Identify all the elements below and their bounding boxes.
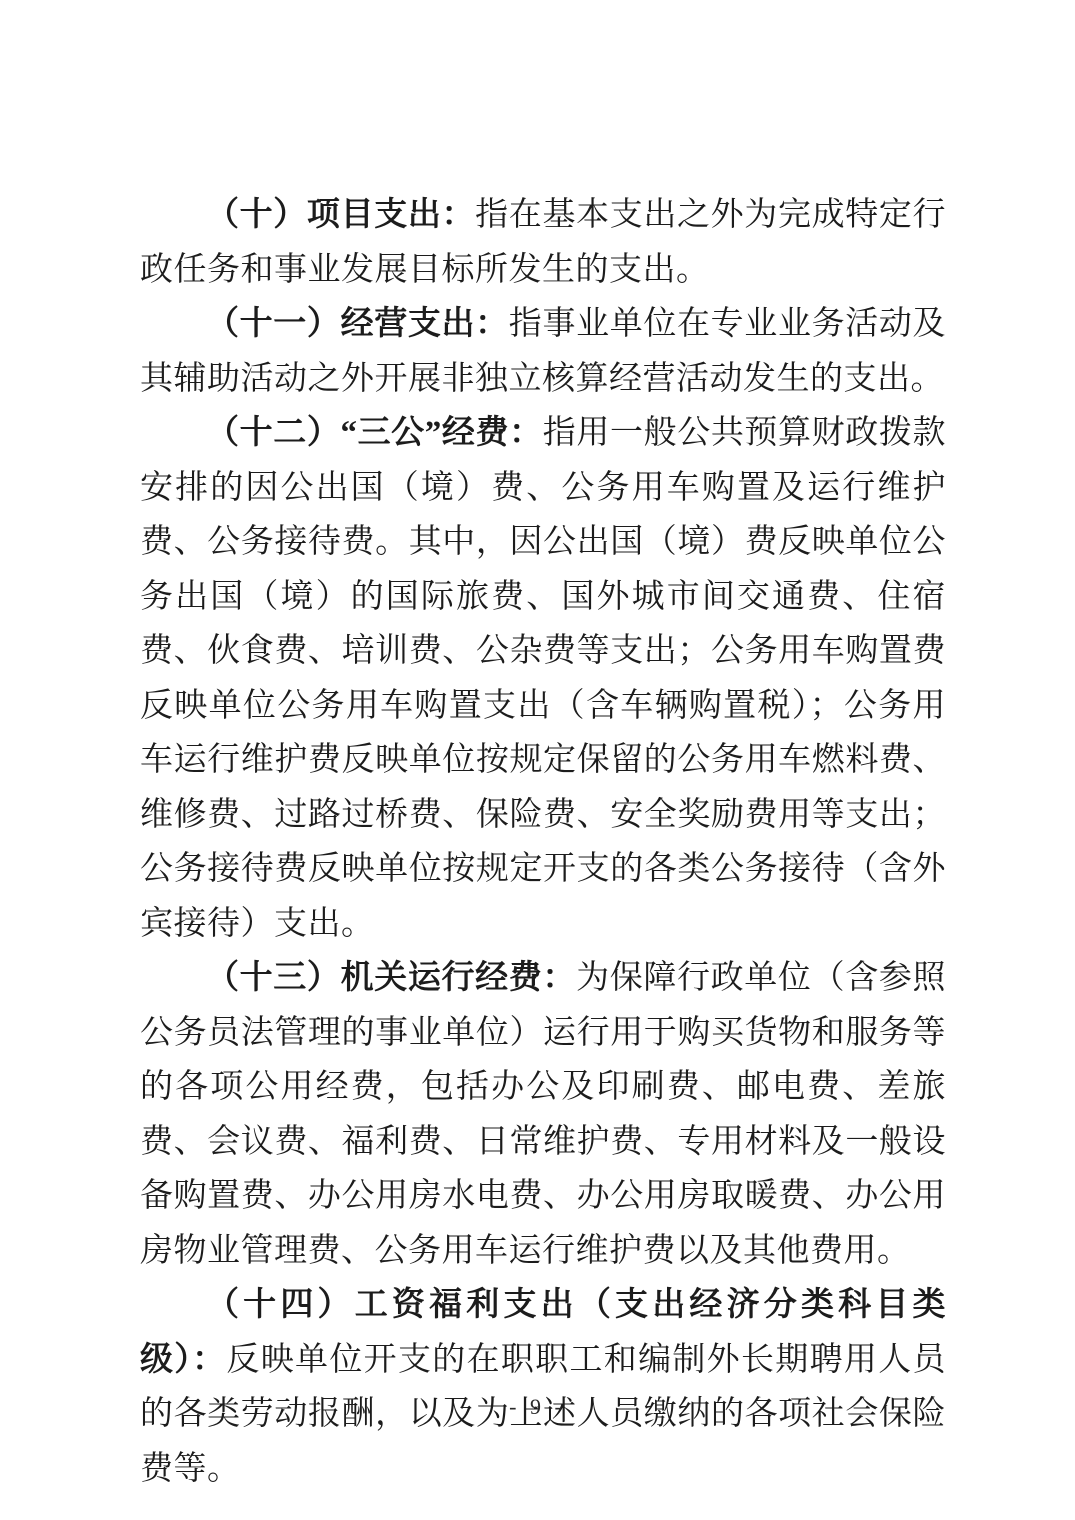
term-heading: （十三）机关运行经费： [206, 960, 576, 996]
page-number: - 9 - [0, 1394, 1075, 1420]
document-body: （十）项目支出：指在基本支出之外为完成特定行政任务和事业发展目标所发生的支出。 … [140, 188, 946, 1496]
term-heading: （十一）经营支出： [206, 306, 509, 342]
paragraph-item-11-operating-expenditure: （十一）经营支出：指事业单位在专业业务活动及其辅助活动之外开展非独立核算经营活动… [140, 297, 946, 406]
document-page: （十）项目支出：指在基本支出之外为完成特定行政任务和事业发展目标所发生的支出。 … [0, 0, 1075, 1520]
paragraph-item-13-agency-operating-funds: （十三）机关运行经费：为保障行政单位（含参照公务员法管理的事业单位）运行用于购买… [140, 951, 946, 1278]
term-definition: 指用一般公共预算财政拨款安排的因公出国（境）费、公务用车购置及运行维护费、公务接… [140, 415, 946, 942]
term-heading: （十二）“三公”经费： [206, 415, 543, 451]
term-definition: 为保障行政单位（含参照公务员法管理的事业单位）运行用于购买货物和服务等的各项公用… [140, 960, 946, 1269]
paragraph-item-10-project-expenditure: （十）项目支出：指在基本支出之外为完成特定行政任务和事业发展目标所发生的支出。 [140, 188, 946, 297]
paragraph-item-12-three-public-funds: （十二）“三公”经费：指用一般公共预算财政拨款安排的因公出国（境）费、公务用车购… [140, 406, 946, 951]
term-heading: （十）项目支出： [206, 197, 475, 233]
paragraph-item-14-salary-welfare-expenditure: （十四）工资福利支出（支出经济分类科目类级）：反映单位开支的在职职工和编制外长期… [140, 1278, 946, 1496]
